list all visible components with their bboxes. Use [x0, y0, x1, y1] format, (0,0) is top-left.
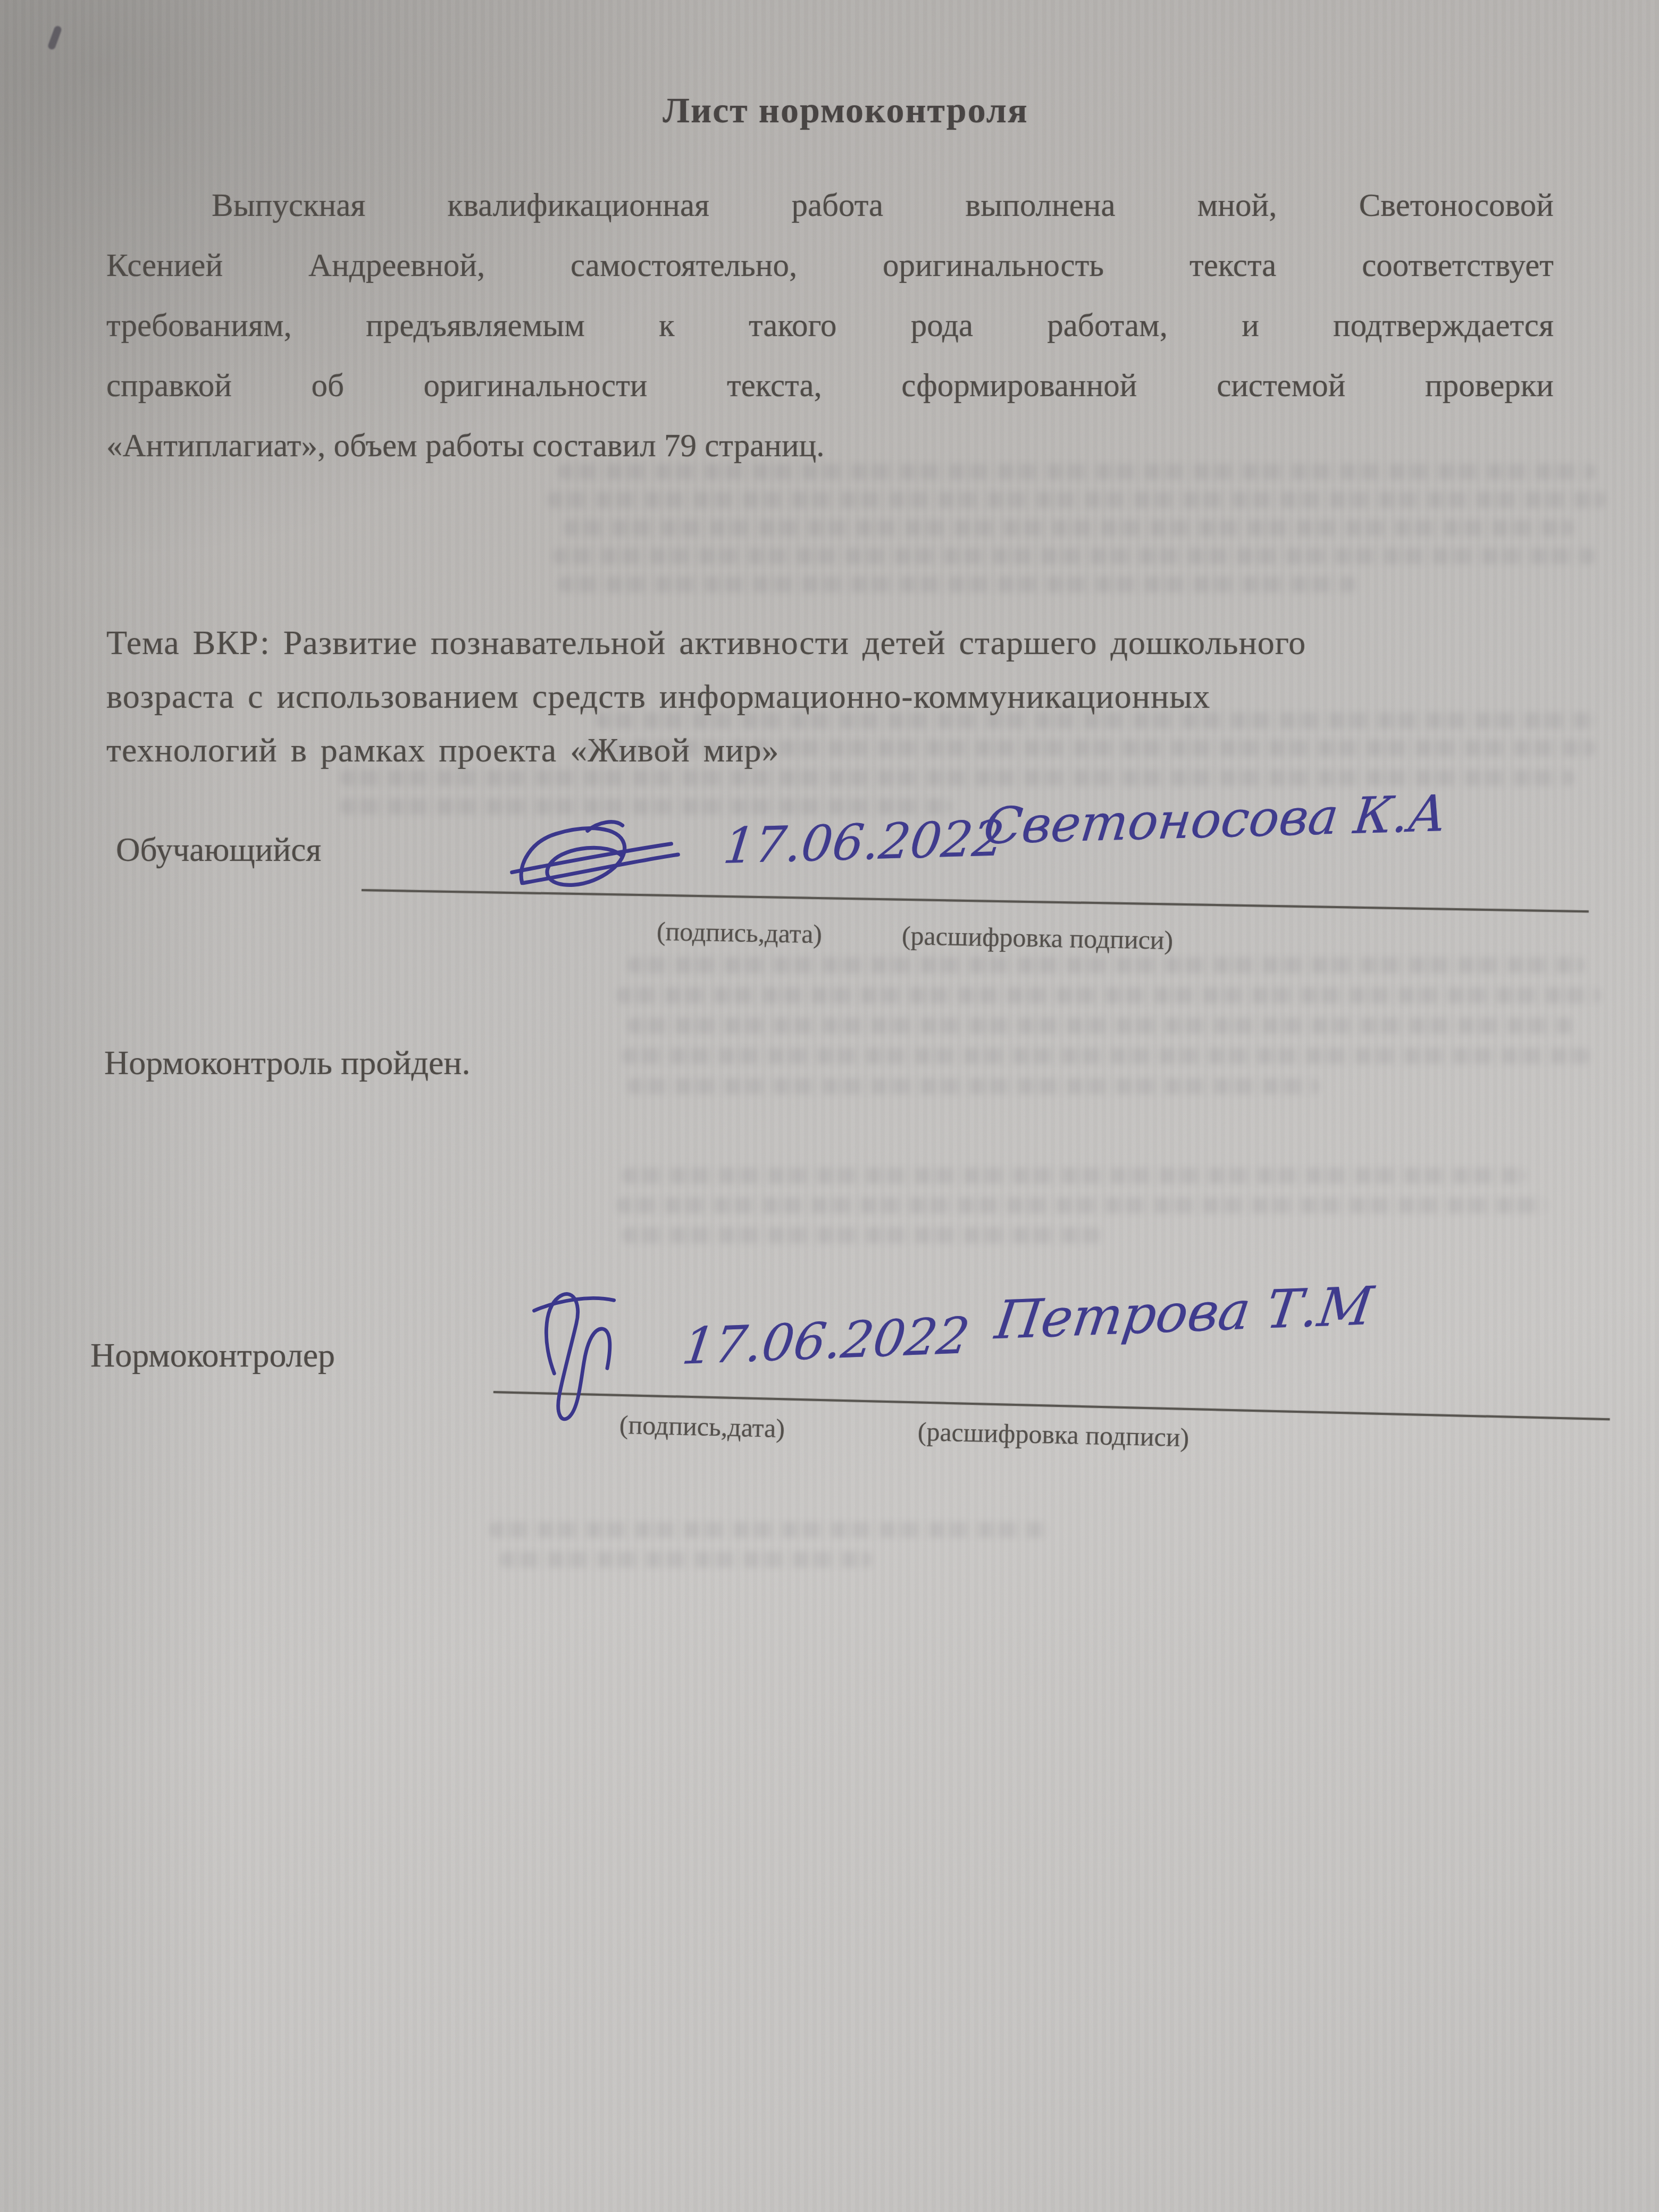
theme-line: технологий в рамках проекта «Живой мир» — [106, 723, 1585, 777]
bleed-through-row — [617, 1197, 1547, 1213]
controller-signature-name: Петрова Т.М — [992, 1275, 1377, 1351]
theme-line: возраста с использованием средств информ… — [106, 669, 1585, 723]
student-signature-scribble — [505, 807, 688, 913]
declaration-line: требованиям, предъявляемым к такого рода… — [106, 296, 1554, 356]
declaration-paragraph: Выпускная квалификационная работа выполн… — [106, 175, 1554, 476]
student-signature-name: Светоносова К.А — [981, 785, 1449, 856]
bleed-through-row — [627, 1018, 1574, 1034]
bleed-through-row — [627, 957, 1585, 973]
signature-loop — [520, 827, 626, 886]
page-title: Лист нормоконтроля — [122, 89, 1569, 131]
controller-handwriting-row: 17.06.2022 Петрова Т.М — [505, 1237, 1654, 1462]
bleed-through-row — [489, 1522, 1048, 1538]
controller-signature-scribble — [510, 1276, 641, 1443]
bleed-through-row — [622, 1048, 1590, 1064]
signature-loop — [545, 1293, 613, 1420]
bleed-through-row — [558, 576, 1356, 592]
declaration-line: Выпускная квалификационная работа выполн… — [106, 175, 1554, 236]
declaration-line: справкой об оригинальности текста, сформ… — [106, 356, 1554, 416]
bleed-through-row — [617, 987, 1601, 1003]
caption-gap — [822, 943, 902, 944]
student-label: Обучающийся — [116, 831, 321, 869]
controller-signature-date: 17.06.2022 — [679, 1307, 973, 1376]
theme-line: Тема ВКР: Развитие познавательной активн… — [106, 616, 1585, 669]
student-handwriting-row: 17.06.2022 Светоносова К.А — [505, 770, 1624, 940]
document-page: Лист нормоконтроля Выпускная квалификаци… — [0, 0, 1659, 2212]
normcontrol-status: Нормоконтроль пройден. — [104, 1043, 471, 1083]
bleed-through-row — [622, 1168, 1526, 1184]
declaration-line: «Антиплагиат», объем работы составил 79 … — [106, 416, 1554, 476]
bleed-through-row — [500, 1552, 872, 1568]
student-signature-date: 17.06.2022 — [720, 810, 1007, 875]
controller-label: Нормоконтролер — [90, 1336, 335, 1375]
bleed-through-row — [548, 492, 1606, 508]
declaration-line: Ксенией Андреевной, самостоятельно, ориг… — [106, 236, 1554, 296]
bleed-through-row — [622, 1227, 1101, 1243]
bleed-through-row — [627, 1078, 1319, 1094]
bleed-through-row — [564, 520, 1574, 536]
signature-crossbar — [534, 1297, 614, 1311]
ink-mark — [47, 25, 63, 51]
thesis-theme-paragraph: Тема ВКР: Развитие познавательной активн… — [106, 616, 1585, 777]
bleed-through-row — [553, 548, 1595, 564]
